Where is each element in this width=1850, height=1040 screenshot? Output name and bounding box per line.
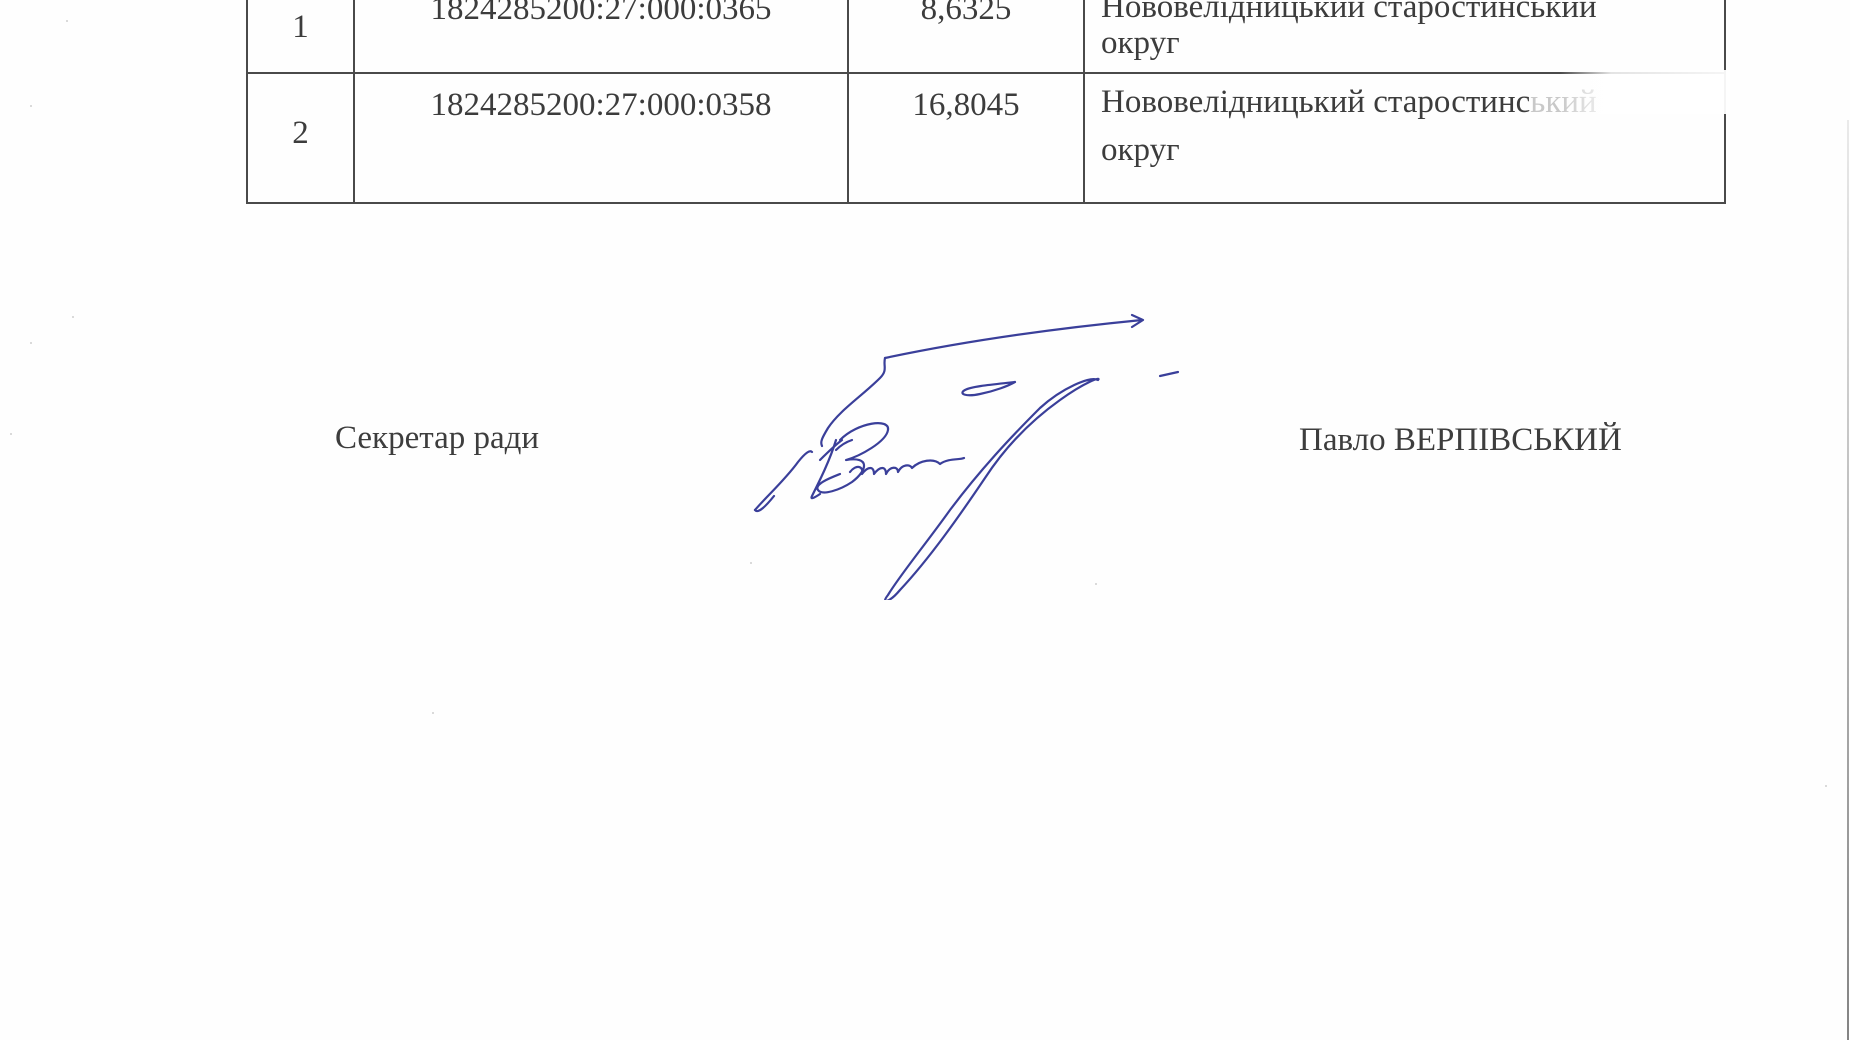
scan-speck	[10, 433, 12, 435]
scan-speck	[30, 342, 32, 344]
location-line-2: округ	[1101, 126, 1724, 174]
scan-speck	[72, 316, 74, 318]
land-plots-table: 1 1824285200:27:000:0365 8,6325 Нововелі…	[246, 0, 1726, 204]
location-line-1: Нововелідницький старостинський	[1101, 0, 1724, 26]
location-line-1: Нововелідницький старостинський	[1101, 78, 1724, 126]
area-value: 8,6325	[849, 0, 1083, 28]
scan-speck	[432, 712, 434, 714]
row-number: 1	[248, 0, 353, 46]
signer-name: Павло ВЕРПІВСЬКИЙ	[1299, 422, 1622, 459]
location-cell: Нововелідницький старостинський округ	[1084, 73, 1725, 203]
scan-speck	[30, 105, 32, 107]
table-row: 2 1824285200:27:000:0358 16,8045 Нововел…	[247, 73, 1725, 203]
cadastral-number: 1824285200:27:000:0358	[355, 86, 847, 124]
location-line-2: округ	[1101, 26, 1724, 60]
location-text-main: Нововелідницький старостинс	[1101, 84, 1530, 120]
table-row: 1 1824285200:27:000:0365 8,6325 Нововелі…	[247, 0, 1725, 73]
row-number-cell: 2	[247, 73, 354, 203]
area-cell: 16,8045	[848, 73, 1084, 203]
signer-position-title: Секретар ради	[335, 420, 539, 457]
scan-speck	[66, 20, 68, 22]
scan-speck	[1825, 785, 1827, 787]
area-value: 16,8045	[849, 86, 1083, 124]
handwritten-signature	[740, 300, 1200, 600]
cadastral-number: 1824285200:27:000:0365	[355, 0, 847, 28]
location-text-faded: ький	[1530, 84, 1596, 120]
area-cell: 8,6325	[848, 0, 1084, 73]
row-number-cell: 1	[247, 0, 354, 73]
page-edge-shadow	[1847, 120, 1849, 1040]
cadastral-number-cell: 1824285200:27:000:0365	[354, 0, 848, 73]
scan-speck	[1095, 583, 1097, 585]
scan-speck	[750, 562, 752, 564]
location-cell: Нововелідницький старостинський округ	[1084, 0, 1725, 73]
row-number: 2	[248, 74, 353, 152]
document-page: 1 1824285200:27:000:0365 8,6325 Нововелі…	[0, 0, 1850, 1040]
cadastral-number-cell: 1824285200:27:000:0358	[354, 73, 848, 203]
